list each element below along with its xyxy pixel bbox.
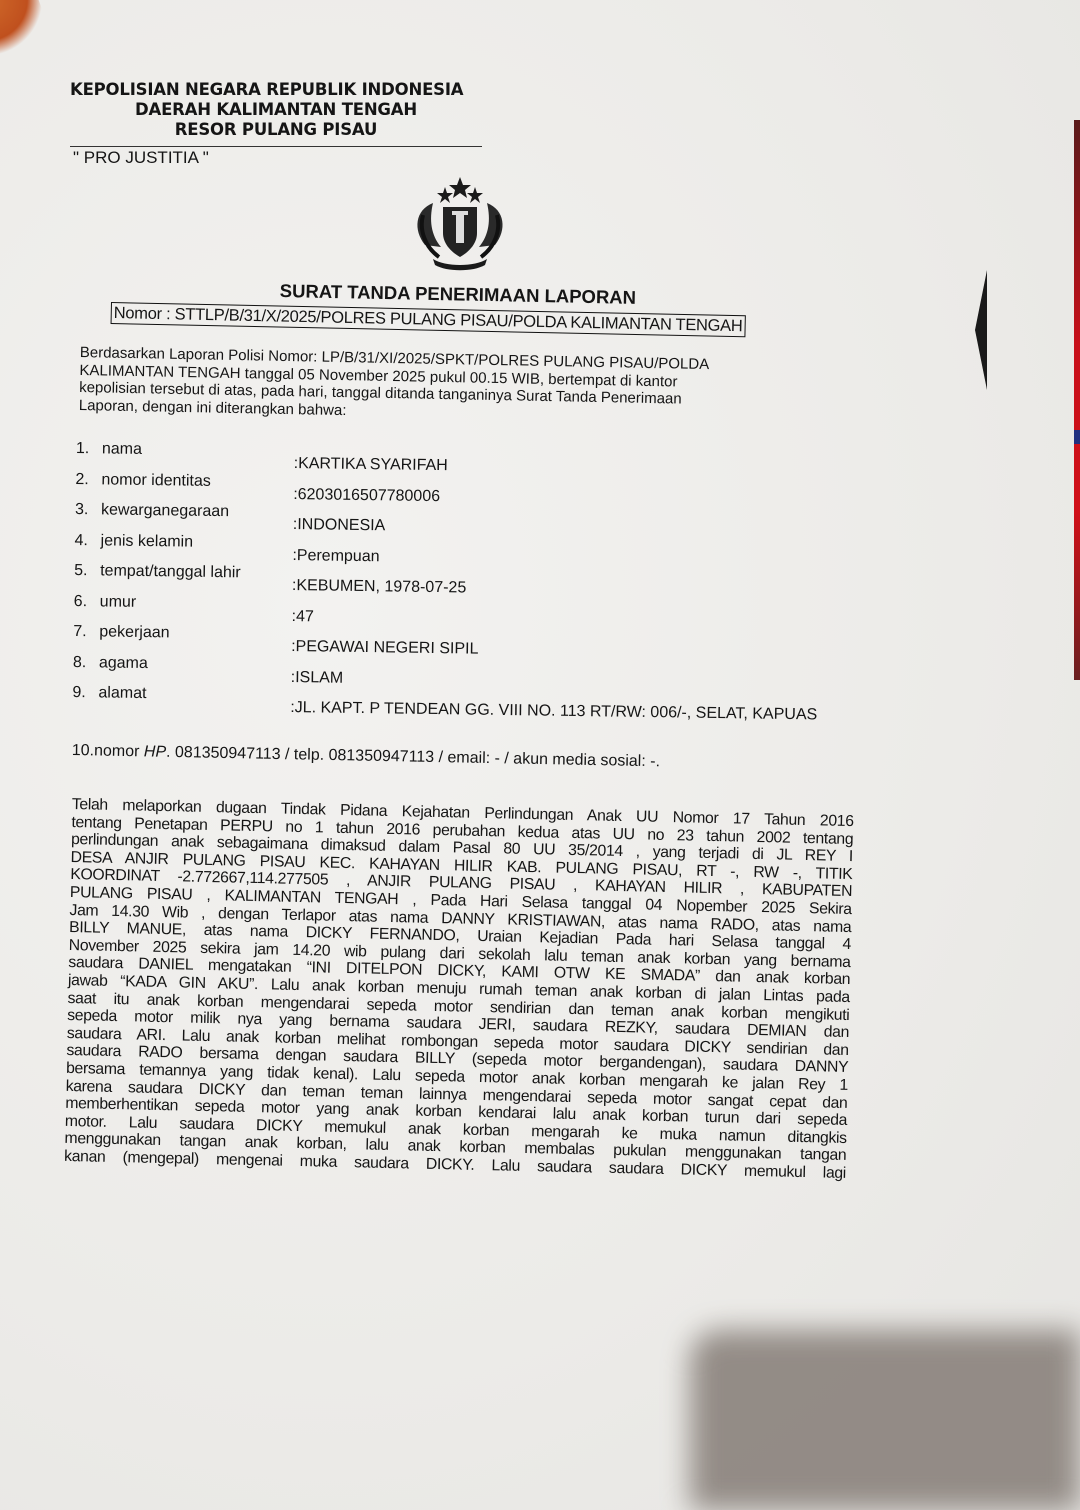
field-label: nama xyxy=(102,440,142,458)
police-emblem-icon xyxy=(405,175,515,275)
field-value: :6203016507780006 xyxy=(293,486,440,506)
field-value: :KARTIKA SYARIFAH xyxy=(294,455,448,475)
field-value: :47 xyxy=(291,608,313,626)
field-value: :ISLAM xyxy=(291,669,344,688)
field-label: pekerjaan xyxy=(99,623,170,641)
field-label: alamat xyxy=(98,684,146,702)
letterhead-line-3: RESOR PULANG PISAU xyxy=(70,120,482,140)
field-number: 5. xyxy=(74,562,100,580)
field-number: 3. xyxy=(75,501,101,519)
contact-prefix: 10.nomor xyxy=(72,742,144,760)
letterhead-line-1: KEPOLISIAN NEGARA REPUBLIK INDONESIA xyxy=(70,80,482,100)
field-value: :INDONESIA xyxy=(293,516,386,535)
document-title: SURAT TANDA PENERIMAAN LAPORAN xyxy=(280,280,637,309)
field-value: :KEBUMEN, 1978-07-25 xyxy=(292,577,467,597)
field-label: tempat/tanggal lahir xyxy=(100,562,241,581)
contact-hp-label: HP xyxy=(144,743,167,760)
field-label: agama xyxy=(99,654,148,672)
field-label: jenis kelamin xyxy=(100,532,193,550)
pro-justitia-label: " PRO JUSTITIA " xyxy=(73,148,209,168)
contact-details: . 081350947113 / telp. 081350947113 / em… xyxy=(166,744,660,770)
field-number: 7. xyxy=(73,623,99,641)
field-number: 8. xyxy=(73,653,99,671)
field-label: umur xyxy=(100,593,137,611)
field-number: 6. xyxy=(74,592,100,610)
reporter-identity-list: 1.nama :KARTIKA SYARIFAH 2.nomor identit… xyxy=(72,440,856,739)
field-value: :Perempuan xyxy=(292,547,379,566)
incident-narrative: Telah melaporkan dugaan Tindak Pidana Ke… xyxy=(64,796,854,1182)
field-label: kewarganegaraan xyxy=(101,501,229,520)
letterhead-divider xyxy=(70,146,482,147)
field-value: :PEGAWAI NEGERI SIPIL xyxy=(291,638,479,659)
field-label: nomor identitas xyxy=(101,471,211,490)
field-number: 4. xyxy=(74,531,100,549)
document-number: Nomor : STTLP/B/31/X/2025/POLRES PULANG … xyxy=(111,302,746,337)
letterhead: KEPOLISIAN NEGARA REPUBLIK INDONESIA DAE… xyxy=(70,80,482,140)
field-value: :JL. KAPT. P TENDEAN GG. VIII NO. 113 RT… xyxy=(290,699,830,724)
field-number: 1. xyxy=(76,440,102,458)
field-number: 9. xyxy=(72,684,98,702)
hand-shadow xyxy=(690,1330,1080,1510)
field-number: 2. xyxy=(75,470,101,488)
intro-paragraph: Berdasarkan Laporan Polisi Nomor: LP/B/3… xyxy=(79,344,840,429)
police-report-document: KEPOLISIAN NEGARA REPUBLIK INDONESIA DAE… xyxy=(0,0,1080,1300)
contact-line: 10.nomor HP. 081350947113 / telp. 081350… xyxy=(72,742,660,771)
letterhead-line-2: DAERAH KALIMANTAN TENGAH xyxy=(70,100,482,120)
